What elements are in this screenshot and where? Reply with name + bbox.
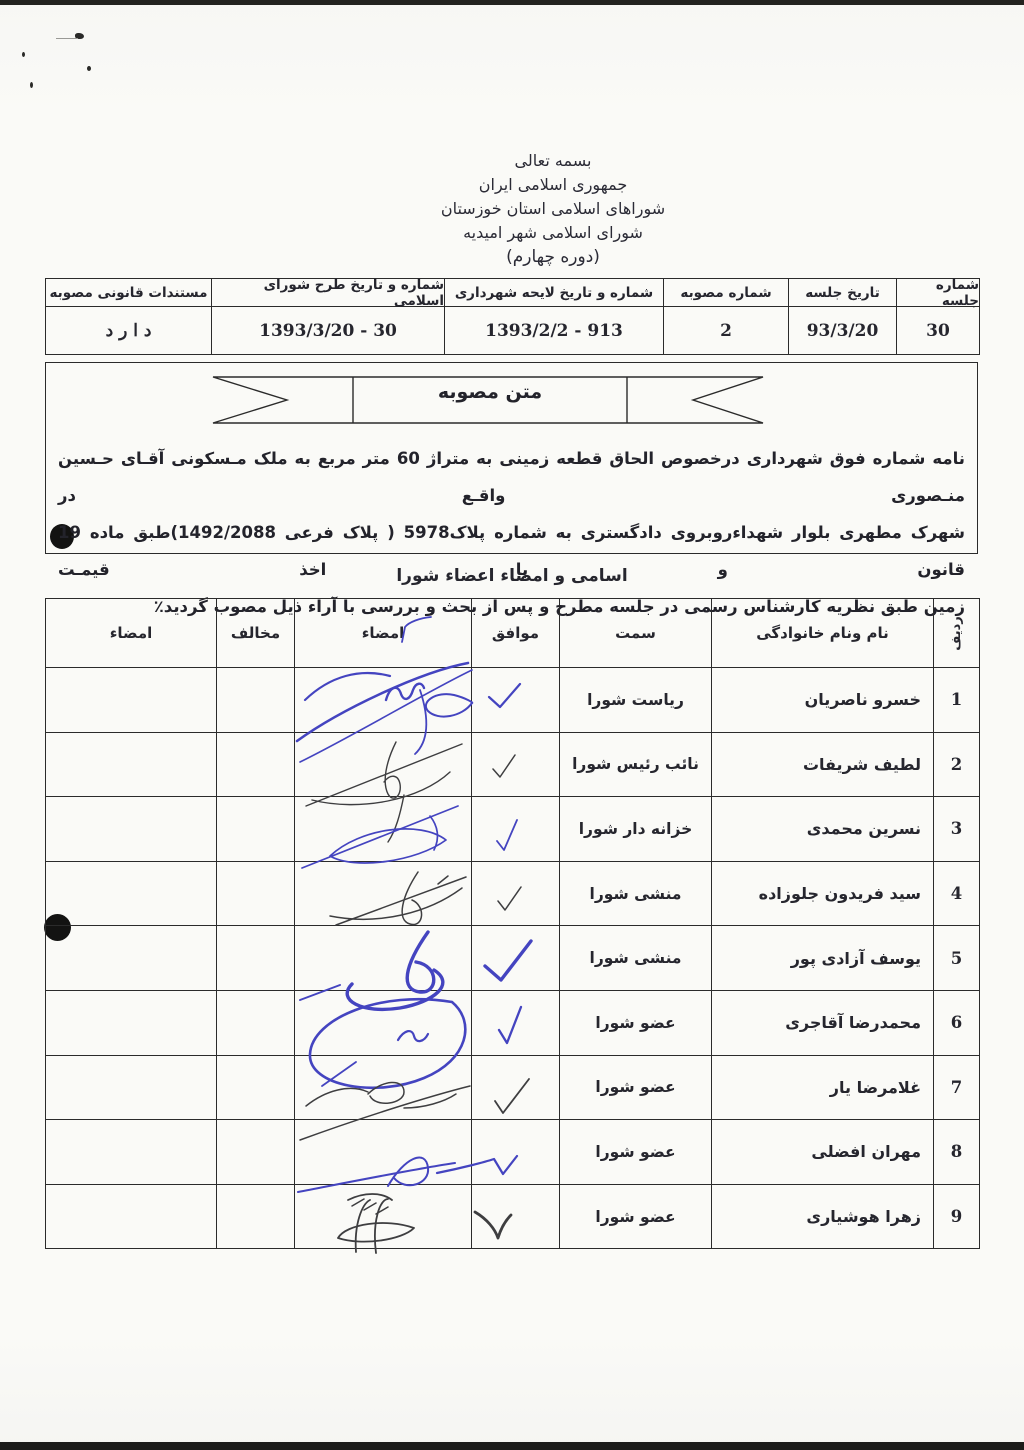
- oppose-cell: [216, 797, 294, 861]
- signature2-cell: [46, 668, 216, 732]
- agree-cell: [471, 1056, 559, 1120]
- header-session-no: شماره جلسه: [896, 279, 979, 306]
- member-name: غلامرضا یار: [711, 1056, 933, 1120]
- member-row-3: 3 نسرین محمدی خزانه دار شورا: [46, 796, 979, 861]
- session-info-value-row: 30 93/3/20 2 1393/2/2 - 913 1393/3/20 - …: [46, 306, 979, 354]
- member-name: محمدرضا آقاجری: [711, 991, 933, 1055]
- member-position: ریاست شورا: [559, 668, 711, 732]
- oppose-cell: [216, 926, 294, 990]
- signature-cell: [294, 1056, 471, 1120]
- members-table: ردیف نام ونام خانوادگی سمت موافق امضاء م…: [45, 598, 980, 1249]
- member-row-6: 6 محمدرضا آقاجری عضو شورا: [46, 990, 979, 1055]
- member-name: سید فریدون جلوزاده: [711, 862, 933, 926]
- agree-cell: [471, 862, 559, 926]
- member-row-1: 1 خسرو ناصریان ریاست شورا: [46, 667, 979, 732]
- scanned-council-resolution-document: بسمه تعالی جمهوری اسلامی ایران شوراهای ا…: [0, 0, 1024, 1450]
- scan-edge-bottom: [0, 1442, 1024, 1450]
- resolution-banner-title: متن مصوبه: [353, 381, 627, 403]
- letterhead-province-councils: شوراهای اسلامی استان خوزستان: [120, 197, 986, 221]
- member-name: لطیف شریفات: [711, 733, 933, 797]
- member-position: خزانه دار شورا: [559, 797, 711, 861]
- signature2-cell: [46, 991, 216, 1055]
- row-no: 5: [933, 926, 979, 990]
- value-session-date: 93/3/20: [788, 307, 896, 354]
- oppose-cell: [216, 991, 294, 1055]
- signature-cell: [294, 926, 471, 990]
- letterhead: بسمه تعالی جمهوری اسلامی ایران شوراهای ا…: [120, 149, 986, 269]
- oppose-cell: [216, 1056, 294, 1120]
- oppose-cell: [216, 1185, 294, 1249]
- signature-cell: [294, 668, 471, 732]
- signature2-cell: [46, 797, 216, 861]
- oppose-cell: [216, 668, 294, 732]
- col-header-oppose: مخالف: [216, 599, 294, 667]
- member-row-7: 7 غلامرضا یار عضو شورا: [46, 1055, 979, 1120]
- member-name: زهرا هوشیاری: [711, 1185, 933, 1249]
- agree-cell: [471, 926, 559, 990]
- scan-edge-top: [0, 0, 1024, 5]
- row-no: 2: [933, 733, 979, 797]
- member-name: مهران افضلی: [711, 1120, 933, 1184]
- session-info-header-row: شماره جلسه تاریخ جلسه شماره مصوبه شماره …: [46, 279, 979, 306]
- members-table-header: ردیف نام ونام خانوادگی سمت موافق امضاء م…: [46, 599, 979, 667]
- letterhead-bismillah: بسمه تعالی: [120, 149, 986, 173]
- col-header-name: نام ونام خانوادگی: [711, 599, 933, 667]
- session-info-table: شماره جلسه تاریخ جلسه شماره مصوبه شماره …: [45, 278, 980, 355]
- signature-cell: [294, 1120, 471, 1184]
- header-municipality-bill: شماره و تاریخ لایحه شهرداری: [444, 279, 663, 306]
- oppose-cell: [216, 862, 294, 926]
- oppose-cell: [216, 733, 294, 797]
- member-position: منشی شورا: [559, 926, 711, 990]
- member-position: عضو شورا: [559, 991, 711, 1055]
- col-header-agree: موافق: [471, 599, 559, 667]
- agree-cell: [471, 991, 559, 1055]
- members-section-title: اسامی و امضاء اعضاء شورا: [0, 566, 1024, 586]
- row-no: 9: [933, 1185, 979, 1249]
- member-name: خسرو ناصریان: [711, 668, 933, 732]
- value-legal-docs: د ا ر د: [46, 307, 211, 354]
- row-no: 6: [933, 991, 979, 1055]
- signature-cell: [294, 991, 471, 1055]
- oppose-cell: [216, 1120, 294, 1184]
- resolution-line-1: نامه شماره فوق شهرداری درخصوص الحاق قطعه…: [58, 440, 965, 514]
- member-row-4: 4 سید فریدون جلوزاده منشی شورا: [46, 861, 979, 926]
- header-resolution-no: شماره مصوبه: [663, 279, 788, 306]
- header-legal-docs: مستندات قانونی مصوبه: [46, 279, 211, 306]
- row-no: 1: [933, 668, 979, 732]
- member-position: عضو شورا: [559, 1056, 711, 1120]
- header-council-plan: شماره و تاریخ طرح شورای اسلامی: [211, 279, 444, 306]
- member-name: نسرین محمدی: [711, 797, 933, 861]
- row-no: 3: [933, 797, 979, 861]
- letterhead-country: جمهوری اسلامی ایران: [120, 173, 986, 197]
- signature-cell: [294, 1185, 471, 1249]
- row-no: 8: [933, 1120, 979, 1184]
- member-position: عضو شورا: [559, 1185, 711, 1249]
- value-resolution-no: 2: [663, 307, 788, 354]
- row-no: 4: [933, 862, 979, 926]
- member-position: منشی شورا: [559, 862, 711, 926]
- signature-cell: [294, 862, 471, 926]
- agree-cell: [471, 1185, 559, 1249]
- member-row-5: 5 یوسف آزادی پور منشی شورا: [46, 925, 979, 990]
- member-row-2: 2 لطیف شریفات نائب رئیس شورا: [46, 732, 979, 797]
- agree-cell: [471, 797, 559, 861]
- letterhead-term: (دوره چهارم): [120, 245, 986, 269]
- member-row-9: 9 زهرا هوشیاری عضو شورا: [46, 1184, 979, 1249]
- signature2-cell: [46, 1056, 216, 1120]
- scan-speck: [56, 38, 78, 39]
- col-header-signature: امضاء: [294, 599, 471, 667]
- agree-cell: [471, 733, 559, 797]
- col-header-row-no: ردیف: [933, 599, 979, 667]
- scan-speck: [87, 66, 91, 71]
- signature2-cell: [46, 1185, 216, 1249]
- member-position: عضو شورا: [559, 1120, 711, 1184]
- scan-speck: [30, 82, 33, 88]
- header-session-date: تاریخ جلسه: [788, 279, 896, 306]
- agree-cell: [471, 668, 559, 732]
- member-position: نائب رئیس شورا: [559, 733, 711, 797]
- member-name: یوسف آزادی پور: [711, 926, 933, 990]
- value-council-plan: 1393/3/20 - 30: [211, 307, 444, 354]
- agree-cell: [471, 1120, 559, 1184]
- letterhead-city-council: شورای اسلامی شهر امیدیه: [120, 221, 986, 245]
- row-no: 7: [933, 1056, 979, 1120]
- signature-cell: [294, 797, 471, 861]
- col-header-position: سمت: [559, 599, 711, 667]
- scan-speck: [22, 52, 25, 57]
- member-row-8: 8 مهران افضلی عضو شورا: [46, 1119, 979, 1184]
- signature2-cell: [46, 733, 216, 797]
- value-municipality-bill: 1393/2/2 - 913: [444, 307, 663, 354]
- signature-cell: [294, 733, 471, 797]
- signature2-cell: [46, 926, 216, 990]
- signature2-cell: [46, 1120, 216, 1184]
- col-header-signature2: امضاء: [46, 599, 216, 667]
- signature2-cell: [46, 862, 216, 926]
- value-session-no: 30: [896, 307, 979, 354]
